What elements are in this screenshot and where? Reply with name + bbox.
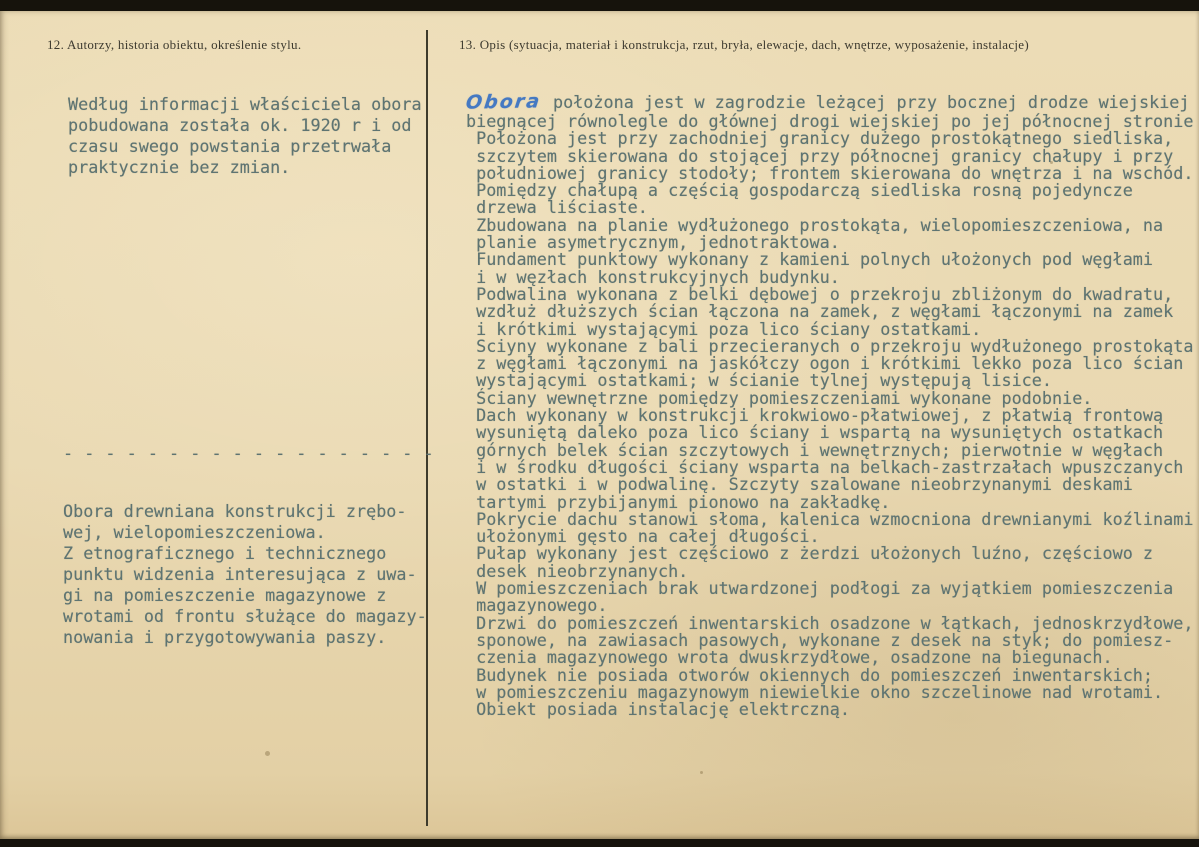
description-first-line-text: położona jest w zagrodzie leżącej przy b… — [553, 94, 1190, 111]
dashed-separator: - - - - - - - - - - - - - - - - - - — [63, 443, 434, 464]
description-first-line: Obora położona jest w zagrodzie leżącej … — [466, 94, 1190, 111]
history-paragraph: Według informacji właściciela obora pobu… — [68, 94, 422, 178]
paper-speck — [265, 751, 270, 756]
handwritten-annotation: Obora — [465, 93, 542, 112]
scanned-record-card: 12. Autorzy, historia obiektu, określeni… — [0, 0, 1199, 847]
description-paragraph: biegnącej równolegle do głównej drogi wi… — [466, 113, 1193, 718]
paper-speck — [700, 771, 703, 774]
section-12-header: 12. Autorzy, historia obiektu, określeni… — [47, 37, 301, 53]
style-paragraph: Obora drewniana konstrukcji zrębo- wej, … — [63, 501, 427, 648]
column-divider-line — [426, 30, 428, 826]
section-13-header: 13. Opis (sytuacja, materiał i konstrukc… — [459, 37, 1029, 53]
